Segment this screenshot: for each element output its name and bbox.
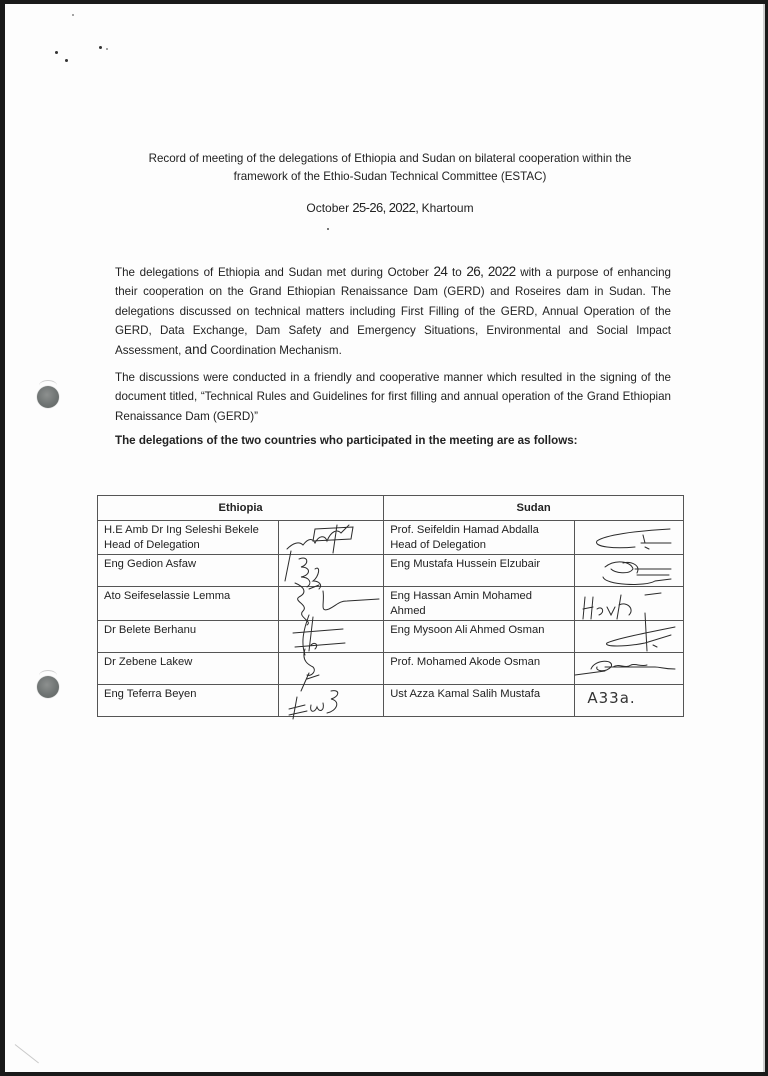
signature-cell <box>278 621 384 653</box>
signature-cell <box>278 521 384 555</box>
member-role: Head of Delegation <box>104 538 272 553</box>
table-row: H.E Amb Dr Ing Seleshi Bekele Head of De… <box>98 521 684 555</box>
date-days: 25-26, 2022, <box>352 200 418 215</box>
ethiopia-member: Dr Belete Berhanu <box>98 621 279 653</box>
date-place: Khartoum <box>422 201 474 215</box>
punch-hole-icon <box>37 386 59 408</box>
text-run: 26, 2022 <box>466 264 515 279</box>
participants-heading: The delegations of the two countries who… <box>115 434 675 447</box>
signature-icon <box>575 521 678 555</box>
member-name: H.E Amb Dr Ing Seleshi Bekele <box>104 523 272 538</box>
text-run: and <box>185 342 208 357</box>
table-row: Ato Seifeselassie Lemma Eng Hassan Amin … <box>98 587 684 621</box>
title-line-1: Record of meeting of the delegations of … <box>100 150 680 168</box>
table-header-row: Ethiopia Sudan <box>98 496 684 521</box>
signature-icon <box>279 685 379 719</box>
scan-speck <box>65 59 68 62</box>
sudan-member: Prof. Mohamed Akode Osman <box>384 653 575 685</box>
text-run: 24 <box>434 264 448 279</box>
page-crease <box>15 1044 39 1063</box>
punch-hole-icon <box>37 676 59 698</box>
scan-speck <box>72 14 74 16</box>
paragraph-meeting-purpose: The delegations of Ethiopia and Sudan me… <box>115 262 671 360</box>
scan-speck <box>327 228 329 230</box>
member-name: Dr Zebene Lakew <box>104 655 272 670</box>
member-name: Eng Mysoon Ali Ahmed Osman <box>390 623 568 638</box>
sudan-member: Eng Mysoon Ali Ahmed Osman <box>384 621 575 653</box>
ethiopia-member: Eng Teferra Beyen <box>98 685 279 717</box>
table-row: Dr Zebene Lakew Prof. Mohamed Akode Osma… <box>98 653 684 685</box>
member-name: Prof. Mohamed Akode Osman <box>390 655 568 670</box>
header-sudan: Sudan <box>384 496 684 521</box>
signature-cell <box>278 653 384 685</box>
signature-text: A33a. <box>587 691 635 706</box>
ethiopia-member: Ato Seifeselassie Lemma <box>98 587 279 621</box>
signature-icon <box>575 653 678 687</box>
signature-cell <box>575 587 684 621</box>
paragraph-discussions: The discussions were conducted in a frie… <box>115 368 671 426</box>
member-name: Ust Azza Kamal Salih Mustafa <box>390 687 568 702</box>
signature-cell <box>278 555 384 587</box>
signature-cell <box>278 587 384 621</box>
date-month: October <box>306 201 349 215</box>
title-line-2: framework of the Ethio-Sudan Technical C… <box>100 168 680 186</box>
ethiopia-member: H.E Amb Dr Ing Seleshi Bekele Head of De… <box>98 521 279 555</box>
sudan-member: Eng Hassan Amin Mohamed Ahmed <box>384 587 575 621</box>
signature-icon <box>279 521 379 555</box>
scan-speck <box>99 46 102 49</box>
text-run: The delegations of Ethiopia and Sudan me… <box>115 266 434 279</box>
sudan-member: Eng Mustafa Hussein Elzubair <box>384 555 575 587</box>
signature-icon <box>279 621 379 655</box>
signature-cell: A33a. <box>575 685 684 717</box>
sudan-member: Prof. Seifeldin Hamad Abdalla Head of De… <box>384 521 575 555</box>
signature-icon <box>575 587 678 621</box>
signature-cell <box>575 521 684 555</box>
delegations-table: Ethiopia Sudan H.E Amb Dr Ing Seleshi Be… <box>97 495 684 717</box>
member-name: Eng Gedion Asfaw <box>104 557 272 572</box>
member-name: Eng Teferra Beyen <box>104 687 272 702</box>
signature-icon <box>575 555 678 589</box>
text-run: to <box>447 266 466 279</box>
meeting-date: October 25-26, 2022, Khartoum <box>100 200 680 215</box>
signature-cell <box>575 621 684 653</box>
header-ethiopia: Ethiopia <box>98 496 384 521</box>
scan-speck <box>55 51 58 54</box>
sudan-member: Ust Azza Kamal Salih Mustafa <box>384 685 575 717</box>
signature-icon <box>279 555 379 589</box>
document-title: Record of meeting of the delegations of … <box>100 150 680 185</box>
table-row: Dr Belete Berhanu Eng Mysoon Ali Ahmed O… <box>98 621 684 653</box>
signature-icon <box>279 587 379 621</box>
member-name: Eng Mustafa Hussein Elzubair <box>390 557 568 572</box>
member-name: Dr Belete Berhanu <box>104 623 272 638</box>
table-row: Eng Teferra Beyen Ust Azza Kamal Salih M… <box>98 685 684 717</box>
table-row: Eng Gedion Asfaw Eng Mustafa Hussein Elz… <box>98 555 684 587</box>
member-name: Prof. Seifeldin Hamad Abdalla <box>390 523 568 538</box>
member-role: Head of Delegation <box>390 538 568 553</box>
member-role: Ahmed <box>390 604 568 619</box>
signature-icon <box>575 621 678 655</box>
member-name: Eng Hassan Amin Mohamed <box>390 589 568 604</box>
scan-speck <box>106 48 108 50</box>
text-run: Coordination Mechanism. <box>207 344 342 357</box>
signature-cell <box>575 555 684 587</box>
signature-cell <box>575 653 684 685</box>
signature-icon <box>279 653 379 687</box>
ethiopia-member: Eng Gedion Asfaw <box>98 555 279 587</box>
member-name: Ato Seifeselassie Lemma <box>104 589 272 604</box>
signature-cell <box>278 685 384 717</box>
ethiopia-member: Dr Zebene Lakew <box>98 653 279 685</box>
